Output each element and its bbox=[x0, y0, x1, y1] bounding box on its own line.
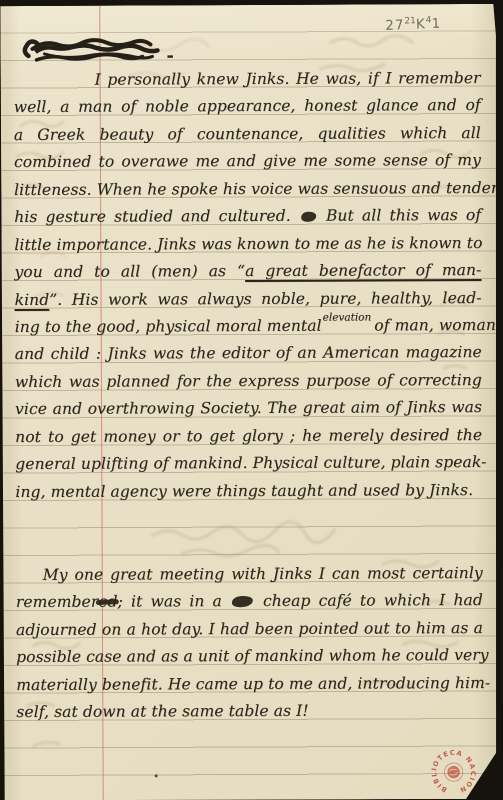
manuscript-line: vice and overthrowing Society. The great… bbox=[15, 394, 482, 423]
manuscript-line: I personally knew Jinks. He was, if I re… bbox=[14, 65, 481, 94]
manuscript-line: which was planned for the express purpos… bbox=[15, 367, 482, 396]
manuscript-line: remembered; it was in a cheap café to wh… bbox=[16, 587, 483, 616]
manuscript-line: well, a man of noble appearance, honest … bbox=[14, 92, 481, 121]
manuscript-line: kind”. His work was always noble, pure, … bbox=[14, 284, 481, 313]
manuscript-line: littleness. When he spoke his voice was … bbox=[14, 175, 481, 204]
underlined-phrase: kind bbox=[15, 290, 50, 308]
paragraph-2: My one great meeting with Jinks I can mo… bbox=[16, 560, 484, 727]
manuscript-line: ing, mental agency were things taught an… bbox=[15, 477, 482, 506]
paragraph-1: I personally knew Jinks. He was, if I re… bbox=[14, 65, 483, 506]
inked-out-word bbox=[300, 211, 316, 222]
library-stamp: BIBLIOTECA NACIONAL bbox=[421, 739, 487, 800]
inked-out-word bbox=[231, 596, 253, 609]
title-dash: - bbox=[166, 45, 174, 66]
manuscript-line: ing to the good, physical moral mentalel… bbox=[15, 312, 482, 341]
scratched-out-title: - bbox=[14, 31, 194, 68]
manuscript-line: you and to all (men) as “a great benefac… bbox=[14, 257, 481, 286]
manuscript-line: his gesture studied and cultured. But al… bbox=[14, 202, 481, 231]
catalogue-notation: 2721K41 bbox=[385, 15, 441, 34]
manuscript-page: - 2721K41 I personally knew Jinks. He wa… bbox=[0, 4, 499, 800]
manuscript-line: general uplifting of mankind. Physical c… bbox=[15, 449, 482, 478]
manuscript-line: and child : Jinks was the editor of an A… bbox=[15, 339, 482, 368]
manuscript-line: possible case and as a unit of mankind w… bbox=[16, 642, 483, 671]
stray-ink-dot bbox=[155, 774, 158, 777]
manuscript-line: little importance. Jinks was known to me… bbox=[14, 230, 481, 259]
manuscript-line: materially benefit. He came up to me and… bbox=[16, 670, 483, 699]
manuscript-line: not to get money or to get glory ; he me… bbox=[15, 422, 482, 451]
underlined-phrase: a great benefactor of man- bbox=[245, 261, 481, 280]
manuscript-line: My one great meeting with Jinks I can mo… bbox=[16, 560, 483, 589]
interlinear-insertion: elevation bbox=[323, 311, 372, 323]
manuscript-photo: { "notation": {"base1":"27","sup1":"21",… bbox=[0, 0, 503, 800]
manuscript-line: combined to overawe me and give me some … bbox=[14, 147, 481, 176]
manuscript-line: self, sat down at the same table as I! bbox=[16, 697, 483, 726]
manuscript-line: adjourned on a hot day. I had been point… bbox=[16, 615, 483, 644]
struck-letters: ed bbox=[98, 593, 117, 611]
manuscript-line: a Greek beauty of countenance, qualities… bbox=[14, 120, 481, 149]
